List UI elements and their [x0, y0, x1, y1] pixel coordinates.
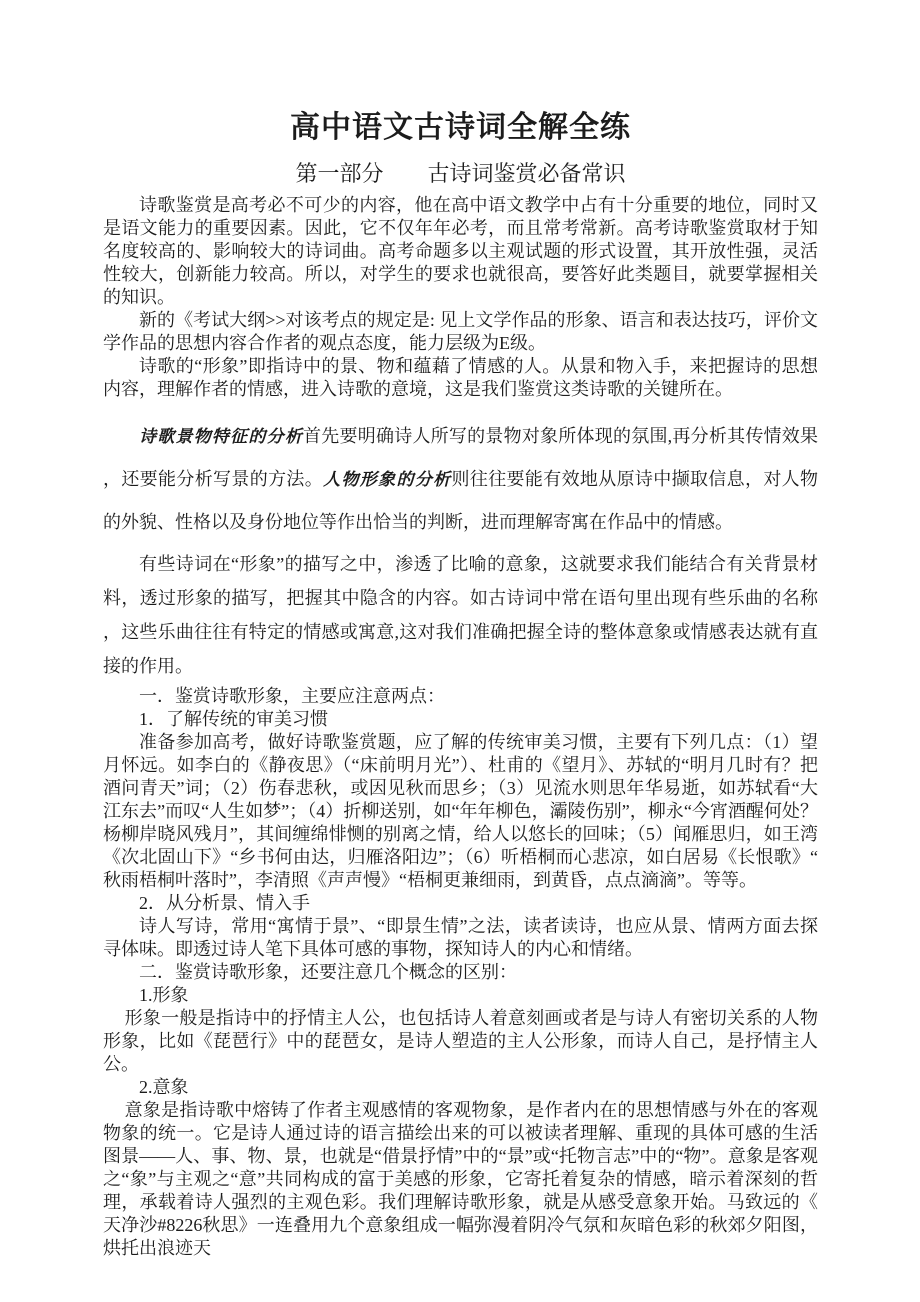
- paragraph: 2.意象: [103, 1076, 818, 1099]
- text-run: 新的《考试大纲>>对该考点的规定是: 见上文学作品的形象、语言和表达技巧，评价文…: [103, 310, 818, 353]
- emphasized-text-run: 人物形象的分析: [323, 470, 451, 489]
- text-run: 1．了解传统的审美习惯: [139, 709, 328, 729]
- text-run: 准备参加高考，做好诗歌鉴赏题，应了解的传统审美习惯，主要有下列几点：（1）望月怀…: [103, 732, 818, 890]
- document-page: 高中语文古诗词全解全练 第一部分 古诗词鉴赏必备常识 诗歌鉴赏是高考必不可少的内…: [0, 0, 920, 1302]
- section-heading: 第一部分 古诗词鉴赏必备常识: [103, 158, 818, 190]
- paragraph: 二．鉴赏诗歌形象，还要注意几个概念的区别：: [103, 961, 818, 984]
- paragraph: 新的《考试大纲>>对该考点的规定是: 见上文学作品的形象、语言和表达技巧，评价文…: [103, 309, 818, 355]
- text-run: 形象一般是指诗中的抒情主人公，也包括诗人着意刻画或者是与诗人有密切关系的人物形象…: [103, 1008, 818, 1074]
- text-run: 一．鉴赏诗歌形象，主要应注意两点：: [139, 686, 445, 706]
- paragraph: 诗歌景物特征的分析首先要明确诗人所写的景物对象所体现的氛围,再分析其传情效果，还…: [103, 415, 818, 543]
- emphasized-text-run: 诗歌景物特征的分析: [139, 427, 303, 446]
- paragraph: 2．从分析景、情入手: [103, 892, 818, 915]
- paragraph: 诗人写诗，常用“寓情于景”、“即景生情”之法，读者读诗，也应从景、情两方面去探寻…: [103, 915, 818, 961]
- text-run: 1.形象: [139, 985, 189, 1005]
- paragraph: 意象是指诗歌中熔铸了作者主观感情的客观物象，是作者内在的思想情感与外在的客观物象…: [103, 1099, 818, 1260]
- paragraph: 形象一般是指诗中的抒情主人公，也包括诗人着意刻画或者是与诗人有密切关系的人物形象…: [103, 1007, 818, 1076]
- text-run: 二．鉴赏诗歌形象，还要注意几个概念的区别：: [139, 962, 517, 982]
- paragraph: 准备参加高考，做好诗歌鉴赏题，应了解的传统审美习惯，主要有下列几点：（1）望月怀…: [103, 731, 818, 892]
- document-body: 诗歌鉴赏是高考必不可少的内容，他在高中语文教学中占有十分重要的地位，同时又是语文…: [103, 194, 818, 1260]
- paragraph: 诗歌鉴赏是高考必不可少的内容，他在高中语文教学中占有十分重要的地位，同时又是语文…: [103, 194, 818, 309]
- text-run: 2．从分析景、情入手: [139, 893, 310, 913]
- paragraph: 诗歌的“形象”即指诗中的景、物和蕴藉了情感的人。从景和物入手，来把握诗的思想内容…: [103, 355, 818, 401]
- paragraph: 1．了解传统的审美习惯: [103, 708, 818, 731]
- text-run: 诗人写诗，常用“寓情于景”、“即景生情”之法，读者读诗，也应从景、情两方面去探寻…: [103, 916, 818, 959]
- text-run: 诗歌的“形象”即指诗中的景、物和蕴藉了情感的人。从景和物入手，来把握诗的思想内容…: [103, 356, 818, 399]
- text-run: 有些诗词在“形象”的描写之中，渗透了比喻的意象，这就要求我们能结合有关背景材料，…: [103, 554, 818, 676]
- text-run: 意象是指诗歌中熔铸了作者主观感情的客观物象，是作者内在的思想情感与外在的客观物象…: [103, 1100, 818, 1258]
- text-run: 诗歌鉴赏是高考必不可少的内容，他在高中语文教学中占有十分重要的地位，同时又是语文…: [103, 195, 818, 307]
- paragraph: 1.形象: [103, 984, 818, 1007]
- document-title: 高中语文古诗词全解全练: [103, 108, 818, 148]
- paragraph: 一．鉴赏诗歌形象，主要应注意两点：: [103, 685, 818, 708]
- paragraph: 有些诗词在“形象”的描写之中，渗透了比喻的意象，这就要求我们能结合有关背景材料，…: [103, 547, 818, 683]
- text-run: 2.意象: [139, 1077, 189, 1097]
